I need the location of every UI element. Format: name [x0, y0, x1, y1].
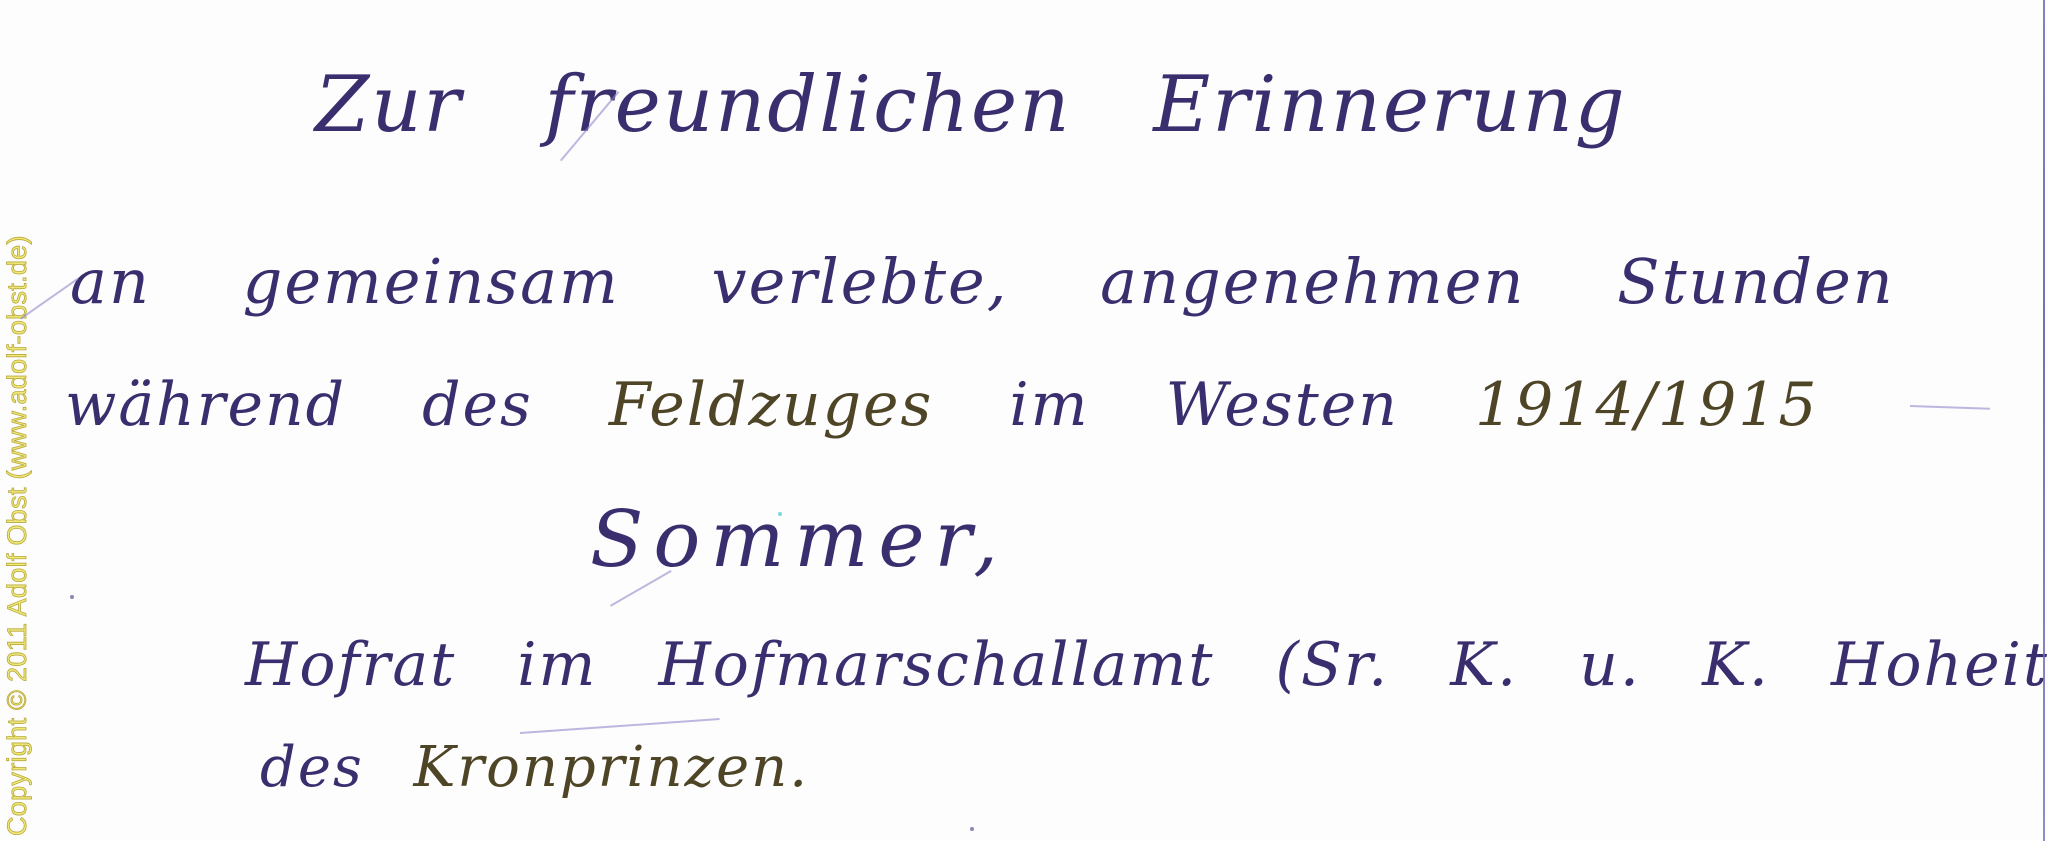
word: Hoheit	[1831, 630, 2048, 700]
word: gemeinsam	[243, 245, 620, 318]
word: Hofrat	[245, 630, 456, 700]
handwritten-line-3: während des Feldzuges im Westen 1914/191…	[65, 370, 1819, 440]
handwritten-line-5: Hofrat im Hofmarschallamt (Sr. K. u. K. …	[245, 630, 2048, 700]
signature-name: Sommer,	[590, 495, 1008, 585]
handwritten-line-6: des Kronprinzen.	[260, 735, 809, 800]
ink-speck	[70, 595, 74, 599]
paper-edge	[2043, 0, 2045, 841]
word: Hofmarschallamt	[658, 630, 1214, 700]
pen-flourish	[520, 718, 720, 734]
handwritten-line-1: Zur freundlichen Erinnerung	[315, 60, 1627, 150]
word: K.	[1450, 630, 1518, 700]
word: im	[517, 630, 597, 700]
word: Zur	[315, 60, 463, 150]
word: K.	[1702, 630, 1770, 700]
pen-flourish	[1910, 405, 1990, 410]
copyright-watermark: Copyright © 2011 Adolf Obst (www.adolf-o…	[2, 196, 32, 836]
word: freundlichen	[545, 60, 1072, 150]
word: Feldzuges	[609, 370, 933, 440]
word: angenehmen	[1100, 245, 1525, 318]
word: Erinnerung	[1153, 60, 1627, 150]
word: Sommer,	[590, 495, 1008, 585]
word: des	[422, 370, 533, 440]
word: im	[1009, 370, 1089, 440]
scanned-document-page: Copyright © 2011 Adolf Obst (www.adolf-o…	[0, 0, 2048, 841]
word: während	[65, 370, 346, 440]
word: an	[70, 245, 151, 318]
date-range: 1914/1915	[1475, 370, 1819, 440]
word: Kronprinzen.	[414, 735, 810, 800]
ink-speck	[970, 827, 974, 831]
word: des	[260, 735, 364, 800]
word: (Sr.	[1276, 630, 1390, 700]
handwritten-line-2: an gemeinsam verlebte, angenehmen Stunde…	[70, 245, 1895, 318]
word: u.	[1579, 630, 1641, 700]
ink-speck	[778, 512, 782, 516]
word: verlebte,	[712, 245, 1009, 318]
word: Stunden	[1617, 245, 1895, 318]
word: Westen	[1166, 370, 1399, 440]
